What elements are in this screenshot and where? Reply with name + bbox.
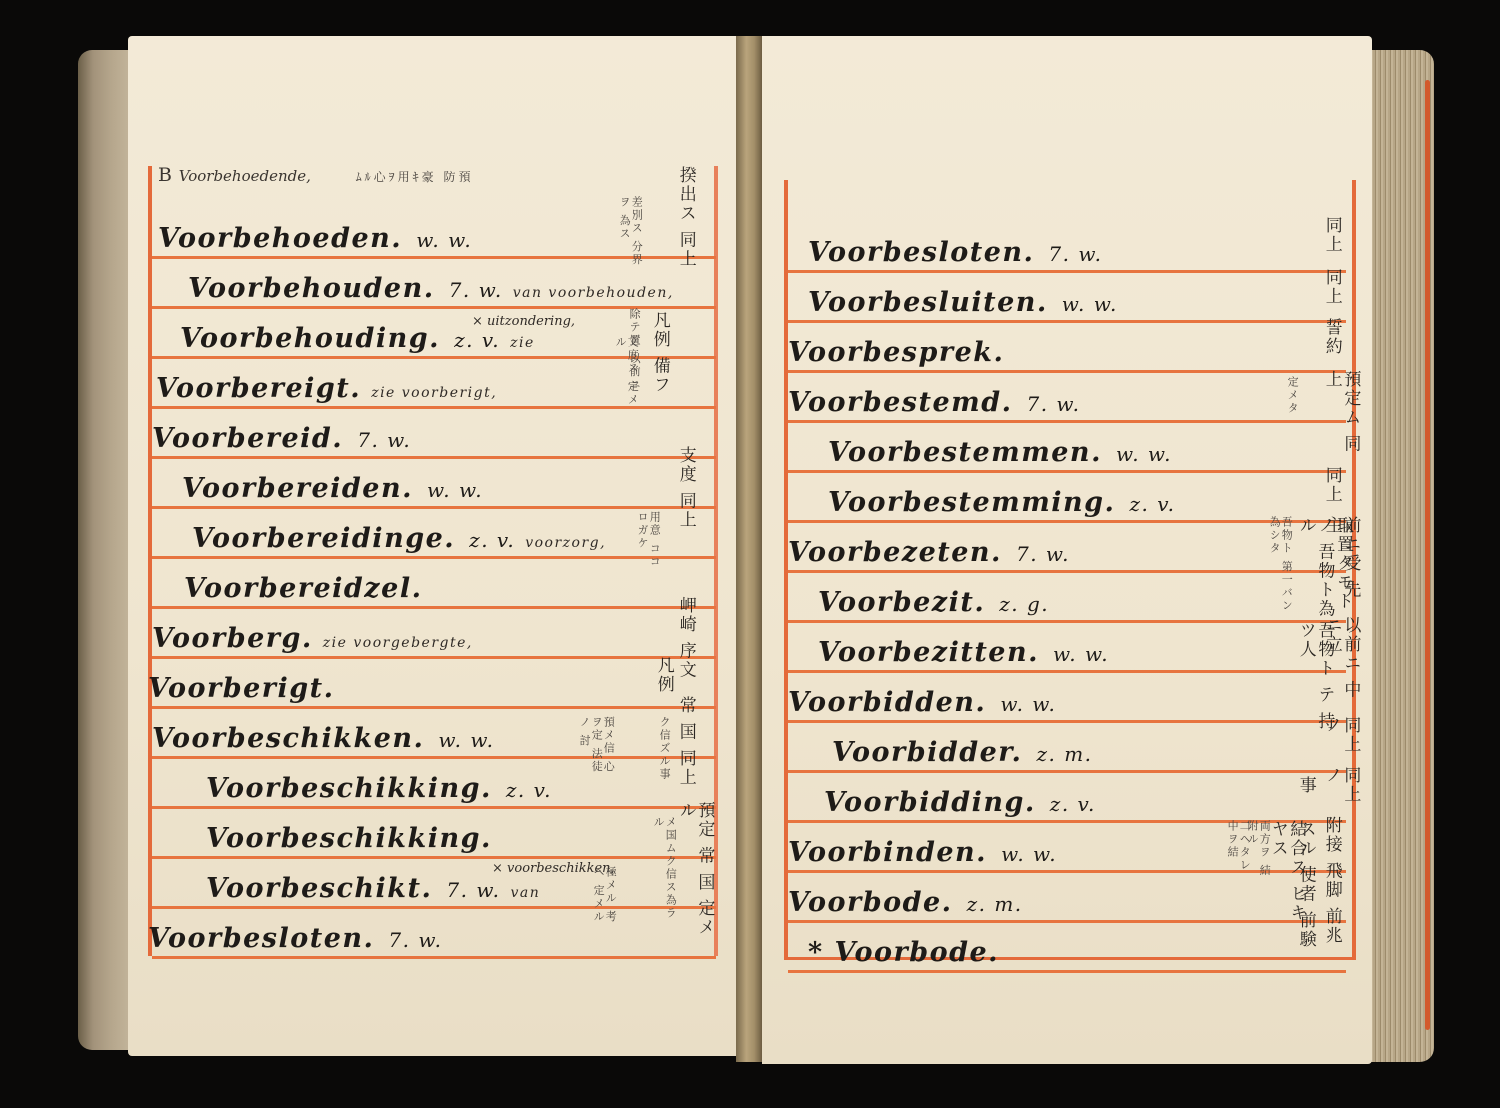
japanese-gloss: 附接 飛脚 前兆 <box>1322 816 1341 986</box>
japanese-gloss: 同上 <box>1322 268 1341 308</box>
headword: * Voorbode. <box>808 937 999 968</box>
list-item: Voorbesloten.7. w. <box>788 220 1346 273</box>
japanese-gloss: 凡例 <box>654 656 673 706</box>
grammar-tag: z. v. <box>469 528 515 552</box>
list-item: Voorbezit.z. g. <box>788 570 1346 623</box>
grammar-tag: z. m. <box>967 892 1023 916</box>
list-item: Voorbidding.z. v. <box>788 770 1346 823</box>
list-item: Voorbidden.w. w. <box>788 670 1346 723</box>
cross-reference: zie voorberigt, <box>371 385 497 401</box>
book-gutter <box>736 36 762 1062</box>
cross-reference: van voorbehouden, <box>513 285 674 301</box>
headword: Voorbereid. <box>152 423 343 454</box>
japanese-gloss: 文度ス 定メル <box>614 336 638 416</box>
grammar-tag: 7. w. <box>449 278 503 302</box>
japanese-gloss: 凡例 備フ <box>650 311 669 401</box>
cross-reference: zie voorgebergte, <box>323 635 473 651</box>
list-item: * Voorbode. <box>788 920 1346 973</box>
list-item: Voorbesprek. <box>788 320 1346 373</box>
list-item: Voorbestemmen.w. w. <box>788 420 1346 473</box>
japanese-gloss: 預定ム 同上 <box>1322 370 1359 470</box>
list-item: Voorbeschikking.z. v. <box>152 756 716 809</box>
cross-reference: voorzorg, <box>525 535 606 551</box>
japanese-gloss: 事 <box>1296 776 1315 806</box>
list-item: Voorbezeten.7. w. <box>788 520 1346 573</box>
japanese-gloss: 二ヘタレ 中ヲ結 <box>1226 820 1250 880</box>
headword: Voorbezit. <box>818 587 985 618</box>
japanese-gloss: 定メタ <box>1286 376 1298 426</box>
list-item: Voorberigt. <box>152 656 716 709</box>
headword: Voorbereidinge. <box>192 523 455 554</box>
right-page: Voorbesloten.7. w. Voorbesluiten.w. w. V… <box>762 36 1372 1064</box>
left-page: B Voorbehoedende, ﾑﾙ心ｦ用ｷ豪 防預 Voorbehoede… <box>128 36 736 1056</box>
japanese-gloss: メ国ムク信ス為ラル <box>652 816 676 926</box>
grammar-tag: 7. w. <box>1048 242 1102 266</box>
headword: Voorbehouden. <box>188 273 435 304</box>
headword: Voorberg. <box>152 623 313 654</box>
list-item: Voorberg.zie voorgebergte, <box>152 606 716 659</box>
headword: Voorbesprek. <box>788 337 1004 368</box>
japanese-gloss: ク信ズル事 <box>658 716 670 796</box>
headword: Voorbeschikken. <box>152 723 424 754</box>
grammar-tag: w. w. <box>1001 842 1057 866</box>
grammar-tag: z. m. <box>1036 742 1092 766</box>
grammar-tag: 7. w. <box>446 878 500 902</box>
japanese-gloss: 取置タモトノ 吾物ト為ル <box>1296 516 1352 626</box>
grammar-tag: z. v. <box>454 328 500 352</box>
cross-reference: van <box>510 885 540 901</box>
headword: Voorbode. <box>788 887 953 918</box>
headword: Voorbidder. <box>832 737 1022 768</box>
japanese-gloss: 岬崎 序文 <box>676 596 695 686</box>
japanese-gloss: 同上ノ <box>1322 766 1359 816</box>
grammar-tag: w. w. <box>1000 692 1056 716</box>
grammar-tag: z. v. <box>1050 792 1096 816</box>
headword: Voorbezitten. <box>818 637 1039 668</box>
list-item: Voorbestemming.z. v. <box>788 470 1346 523</box>
grammar-tag: w. w. <box>1116 442 1172 466</box>
headword: Voorbesloten. <box>148 923 374 954</box>
list-item: Voorbestemd.7. w. <box>788 370 1346 423</box>
list-item: Voorbidder.z. m. <box>788 720 1346 773</box>
list-item: Voorbereiden.w. w. <box>152 456 716 509</box>
headword: Voorbereiden. <box>182 473 413 504</box>
list-item: Voorbeschikt.7. w.van <box>152 856 716 909</box>
japanese-gloss: 吾物ト 第一バン 為シタ <box>1268 516 1292 626</box>
grammar-tag: z. v. <box>1129 492 1175 516</box>
list-item: Voorbereidinge.z. v.voorzorg, <box>152 506 716 559</box>
grammar-tag: 7. w. <box>1026 392 1080 416</box>
headword: Voorbehoeden. <box>158 223 402 254</box>
headword: Voorbidden. <box>788 687 986 718</box>
list-item: Voorbesloten.7. w. <box>152 906 716 959</box>
grammar-tag: 7. w. <box>357 428 411 452</box>
grammar-tag: z. v. <box>506 778 552 802</box>
grammar-tag: w. w. <box>438 728 494 752</box>
headword: Voorbereidzel. <box>184 573 422 604</box>
grammar-tag: w. w. <box>427 478 483 502</box>
japanese-gloss: 同上 <box>1322 466 1341 506</box>
headword: Voorbesluiten. <box>808 287 1048 318</box>
grammar-tag: 7. w. <box>1016 542 1070 566</box>
japanese-gloss: 結合ス ヒキヤス <box>1268 820 1305 930</box>
headword: Voorbestemd. <box>788 387 1012 418</box>
headword: Voorbeschikt. <box>206 873 432 904</box>
japanese-gloss: 用意 ココロガケ <box>636 511 660 581</box>
list-item: Voorbezitten.w. w. <box>788 620 1346 673</box>
grammar-tag: z. g. <box>999 592 1049 616</box>
japanese-gloss: 差別ス 分界ヲ 為ス <box>618 196 642 276</box>
grammar-tag: 7. w. <box>388 928 442 952</box>
headword: Voorberigt. <box>148 673 335 704</box>
grammar-tag: w. w. <box>1053 642 1109 666</box>
headword: Voorbestemmen. <box>828 437 1102 468</box>
japanese-gloss: 誓約 <box>1322 318 1341 368</box>
headword: Voorbeschikking. <box>206 823 492 854</box>
japanese-gloss: 極メル 考ヘ 定メル <box>592 866 616 936</box>
open-book: B Voorbehoedende, ﾑﾙ心ｦ用ｷ豪 防預 Voorbehoede… <box>0 0 1500 1108</box>
headword: Voorbereigt. <box>156 373 361 404</box>
japanese-gloss: 預メ信 心ヲ定 法徒ノ 討 <box>578 716 614 786</box>
japanese-gloss: 常 国 同上 <box>676 696 695 796</box>
headword: Voorbehouding. <box>180 323 440 354</box>
headword: Voorbestemming. <box>828 487 1115 518</box>
headword: Voorbeschikking. <box>206 773 492 804</box>
grammar-tag: w. w. <box>416 228 472 252</box>
list-item: Voorbeschikking. <box>152 806 716 859</box>
headword: Voorbinden. <box>788 837 987 868</box>
headword: Voorbezeten. <box>788 537 1002 568</box>
japanese-gloss: 同上 <box>1322 216 1341 256</box>
japanese-gloss: 吾物ト テ 持ツ人 <box>1296 621 1333 731</box>
japanese-gloss: 支度 同上 <box>676 446 695 566</box>
right-page-stack-edge <box>1368 50 1434 1062</box>
list-item: Voorbereidzel. <box>152 556 716 609</box>
list-item: Voorbesluiten.w. w. <box>788 270 1346 323</box>
list-item: Voorbeschikken.w. w. <box>152 706 716 759</box>
japanese-gloss: 預定 常 国 定メル <box>676 801 713 941</box>
headword: Voorbesloten. <box>808 237 1034 268</box>
grammar-tag: w. w. <box>1062 292 1118 316</box>
cross-reference: zie <box>510 335 535 351</box>
headword: Voorbidding. <box>824 787 1036 818</box>
